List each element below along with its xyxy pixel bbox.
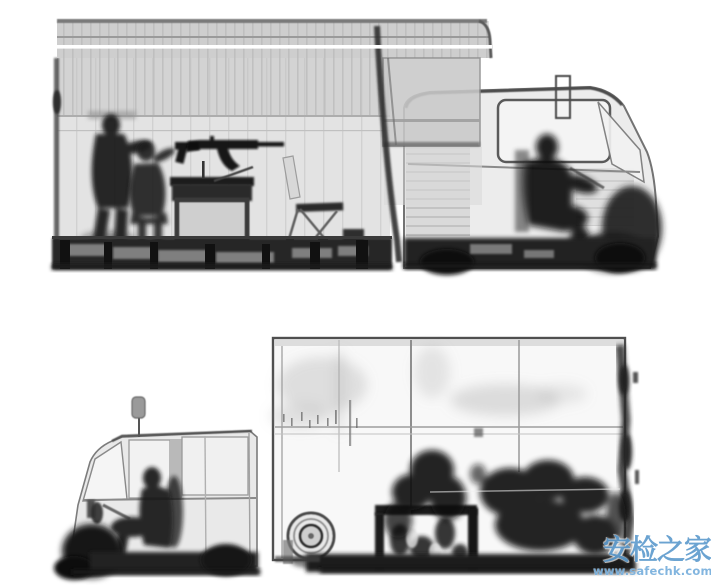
cab-underbody bbox=[404, 238, 656, 275]
box-left-hinge bbox=[53, 90, 61, 114]
scan-white-line bbox=[55, 45, 492, 49]
cargo-floor bbox=[52, 236, 392, 270]
van-rear-edge-line bbox=[249, 433, 250, 565]
driver-seatback bbox=[515, 150, 529, 232]
xray-screenshot: 安检之家 www.safechk.com bbox=[0, 0, 711, 585]
box-overhang-divider bbox=[383, 119, 480, 122]
vbox-bottom-band bbox=[275, 554, 636, 573]
box-overhang-bottom-edge bbox=[383, 142, 480, 147]
box-overhang-fade bbox=[384, 147, 482, 205]
box-roof-corrugation bbox=[57, 21, 489, 58]
box-roof-top-edge bbox=[57, 19, 487, 23]
xray-scans-canvas bbox=[0, 0, 711, 585]
van-rear-window bbox=[182, 437, 248, 495]
box-roof-midline bbox=[57, 36, 489, 38]
van-cab bbox=[54, 397, 260, 580]
table-pin bbox=[202, 161, 205, 178]
xray-scan-top bbox=[52, 19, 662, 275]
box-overhang-panel bbox=[383, 58, 480, 146]
vbox-mid-mark bbox=[474, 428, 483, 437]
box-left-wall bbox=[54, 58, 59, 242]
van-dash-mark bbox=[87, 500, 95, 518]
vbox-top-shade bbox=[275, 340, 623, 346]
table-panel bbox=[177, 200, 247, 240]
van-antenna-head bbox=[132, 397, 145, 418]
van-rear-door-line bbox=[205, 436, 206, 565]
xray-scan-bottom bbox=[54, 338, 639, 580]
